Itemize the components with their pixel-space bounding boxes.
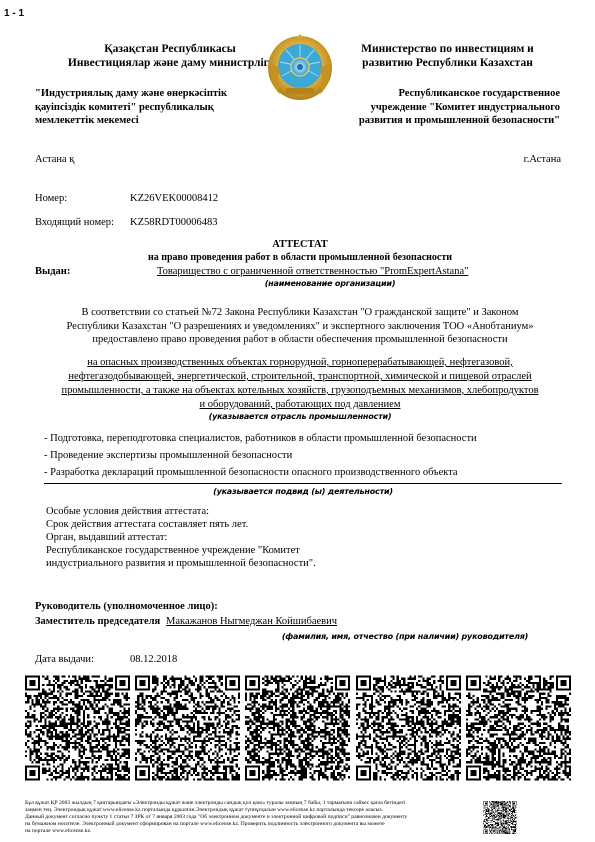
conditions-line5: индустриального развития и промышленной … <box>46 557 446 570</box>
document-subtitle: на право проведения работ в области пром… <box>30 251 570 264</box>
activities-list: - Подготовка, переподготовка специалисто… <box>44 430 574 481</box>
qr-code-2 <box>135 675 240 781</box>
footer-line1: Бұл құжат ҚР 2003 жылдың 7 қаңтарындағы … <box>25 800 485 807</box>
activity-item: - Подготовка, переподготовка специалисто… <box>44 430 574 447</box>
legal-basis: В соответствии со статьей №72 Закона Рес… <box>30 306 570 347</box>
industry-line4: и оборудований, работающих под давлением <box>30 398 570 412</box>
header-right-sub-line2: учреждение "Комитет индустриального <box>320 101 560 115</box>
special-conditions: Особые условия действия аттестата: Срок … <box>46 505 446 570</box>
signatory-heading: Руководитель (уполномоченное лицо): <box>35 600 218 613</box>
qr-code-5 <box>466 675 571 781</box>
qr-code-4 <box>356 675 461 781</box>
header-left-sub-line2: қауіпсіздік комитеті" республикалық <box>35 101 270 115</box>
qr-code-3 <box>245 675 350 781</box>
issue-date-value: 08.12.2018 <box>130 653 177 666</box>
signatory-note: (фамилия, имя, отчество (при наличии) ру… <box>240 632 570 642</box>
header-left-subtitle: "Индустриялық даму және өнеркәсіптік қау… <box>35 87 270 128</box>
header-right-title: Министерство по инвестициям и развитию Р… <box>335 42 560 70</box>
conditions-line4: Республиканское государственное учрежден… <box>46 544 446 557</box>
signatory-position: Заместитель председателя <box>35 615 160 628</box>
industry-line3: промышленности, а также на объектах коте… <box>30 384 570 398</box>
header-right-line2: развитию Республики Казахстан <box>335 56 560 70</box>
conditions-line1: Особые условия действия аттестата: <box>46 505 446 518</box>
conditions-line3: Орган, выдавший аттестат: <box>46 531 446 544</box>
footer-line4: на бумажном носителе. Электронный докуме… <box>25 821 485 828</box>
conditions-line2: Срок действия аттестата составляет пять … <box>46 518 446 531</box>
number-value: KZ26VEK00008412 <box>130 192 218 205</box>
header-right-line1: Министерство по инвестициям и <box>335 42 560 56</box>
issue-date-label: Дата выдачи: <box>35 653 94 666</box>
footer-qr-code <box>482 801 518 834</box>
number-label: Номер: <box>35 192 67 205</box>
footer-line2: заңмен тең. Электрондық құжат www.elicen… <box>25 807 485 814</box>
footer-line5: на портале www.elicense.kz. <box>25 828 485 835</box>
header-left-sub-line1: "Индустриялық даму және өнеркәсіптік <box>35 87 270 101</box>
activity-item: - Проведение экспертизы промышленной без… <box>44 447 574 464</box>
qr-code-1 <box>25 675 130 781</box>
incoming-number-label: Входящий номер: <box>35 216 114 229</box>
industry-scope: на опасных производственных объектах гор… <box>30 356 570 412</box>
location-left: Астана қ <box>35 153 74 166</box>
document-title: АТТЕСТАТ <box>30 238 570 251</box>
header-left-line1: Қазақстан Республикасы <box>60 42 280 56</box>
header-right-sub-line3: развития и промышленной безопасности" <box>320 114 560 128</box>
header-right-subtitle: Республиканское государственное учрежден… <box>320 87 560 128</box>
legal-basis-line3: предоставлено право проведения работ в о… <box>30 333 570 347</box>
activity-item: - Разработка деклараций промышленной без… <box>44 464 574 481</box>
header-left-line2: Инвестициялар және даму министрлігі <box>60 56 280 70</box>
header-left-title: Қазақстан Республикасы Инвестициялар жән… <box>60 42 280 70</box>
industry-line1: на опасных производственных объектах гор… <box>30 356 570 370</box>
issued-note: (наименование организации) <box>140 279 520 289</box>
issued-label: Выдан: <box>35 265 70 278</box>
activities-divider <box>44 483 562 484</box>
header-right-sub-line1: Республиканское государственное <box>320 87 560 101</box>
footer-disclaimer: Бұл құжат ҚР 2003 жылдың 7 қаңтарындағы … <box>25 800 485 835</box>
activities-note: (указывается подвид (ы) деятельности) <box>44 487 562 497</box>
industry-line2: нефтегазодобывающей, энергетической, стр… <box>30 370 570 384</box>
signatory-name: Макажанов Ныгмеджан Койшибаевич <box>166 615 337 628</box>
location-right: г.Астана <box>440 153 561 166</box>
industry-note: (указывается отрасль промышленности) <box>30 412 570 422</box>
legal-basis-line1: В соответствии со статьей №72 Закона Рес… <box>30 306 570 320</box>
legal-basis-line2: Республики Казахстан "О разрешениях и ув… <box>30 320 570 334</box>
footer-line3: Данный документ согласно пункту 1 статьи… <box>25 814 485 821</box>
issued-organization: Товарищество с ограниченной ответственно… <box>157 265 468 278</box>
page-number: 1 - 1 <box>4 8 24 19</box>
header-left-sub-line3: мемлекеттік мекемесі <box>35 114 270 128</box>
incoming-number-value: KZ58RDT00006483 <box>130 216 218 229</box>
